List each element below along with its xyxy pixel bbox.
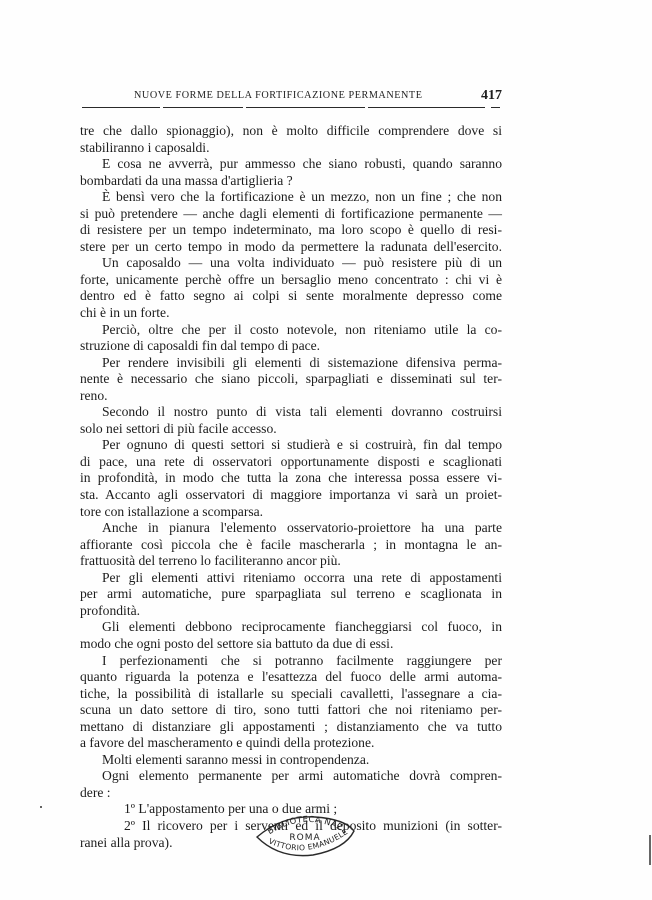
scan-edge-mark <box>649 835 651 865</box>
text-line: tre che dallo spionaggio), non è molto d… <box>80 123 502 140</box>
text-line: reno. <box>80 388 502 405</box>
text-line: tore con istallazione a scomparsa. <box>80 504 502 521</box>
text-line: stere per un certo tempo in modo da perm… <box>80 239 502 256</box>
text-line: forte, unicamente perchè offre un bersag… <box>80 272 502 289</box>
text-line: Anche in pianura l'elemento osservatorio… <box>80 520 502 537</box>
text-line: per armi automatiche, pure sparpagliata … <box>80 586 502 603</box>
text-line: sta. Accanto agli osservatori di maggior… <box>80 487 502 504</box>
text-line: chi è in un forte. <box>80 305 502 322</box>
text-line: Per rendere invisibili gli elementi di s… <box>80 355 502 372</box>
library-stamp: BIBLIOTECA NAZ. ROMA VITTORIO EMANUELE <box>253 813 357 859</box>
text-line: in profondità, in modo che tutta la zona… <box>80 470 502 487</box>
text-line: a favore del mascheramento e quindi dell… <box>80 735 502 752</box>
text-line: Perciò, oltre che per il costo notevole,… <box>80 322 502 339</box>
text-line: Per ognuno di questi settori si studierà… <box>80 437 502 454</box>
text-line: Per gli elementi attivi riteniamo occorr… <box>80 570 502 587</box>
text-line: si può pretendere — anche dagli elementi… <box>80 206 502 223</box>
text-line: struzione di caposaldi fin dal tempo di … <box>80 338 502 355</box>
text-line: dere : <box>80 785 502 802</box>
text-line: di resistere per un tempo indeterminato,… <box>80 222 502 239</box>
page-number: 417 <box>481 88 502 104</box>
text-line: stabiliranno i caposaldi. <box>80 140 502 157</box>
scan-speck <box>40 806 42 808</box>
running-header: NUOVE FORME DELLA FORTIFICAZIONE PERMANE… <box>80 88 502 106</box>
header-rule-gap <box>160 105 163 109</box>
text-line: dentro ed è fatto segno ai colpi si sent… <box>80 288 502 305</box>
text-line: Molti elementi saranno messi in contrope… <box>80 752 502 769</box>
text-line: solo nei settori di più facile accesso. <box>80 421 502 438</box>
text-line: Gli elementi debbono reciprocamente fian… <box>80 619 502 636</box>
header-rule-gap <box>243 105 246 109</box>
text-line: tiche, la possibilità di istallarle su s… <box>80 686 502 703</box>
text-line: Secondo il nostro punto di vista tali el… <box>80 404 502 421</box>
text-line: nente è necessario che siano piccoli, sp… <box>80 371 502 388</box>
text-line: bombardati da una massa d'artiglieria ? <box>80 173 502 190</box>
header-rule-gap <box>485 105 491 109</box>
text-line: mettano di distanziare gli appostamenti … <box>80 719 502 736</box>
text-line: quanto riguarda la potenza e l'esattezza… <box>80 669 502 686</box>
text-line: È bensì vero che la fortificazione è un … <box>80 189 502 206</box>
text-line: modo che ogni posto del settore sia batt… <box>80 636 502 653</box>
body-text: tre che dallo spionaggio), non è molto d… <box>80 123 502 851</box>
text-line: Ogni elemento permanente per armi automa… <box>80 768 502 785</box>
text-line: E cosa ne avverrà, pur ammesso che siano… <box>80 156 502 173</box>
text-line: frattuosità del terreno lo faciliteranno… <box>80 553 502 570</box>
text-line: I perfezionamenti che si potranno facilm… <box>80 653 502 670</box>
text-line: profondità. <box>80 603 502 620</box>
running-title: NUOVE FORME DELLA FORTIFICAZIONE PERMANE… <box>134 90 422 101</box>
text-line: scuna un dato settore di tiro, sono tutt… <box>80 702 502 719</box>
document-page: NUOVE FORME DELLA FORTIFICAZIONE PERMANE… <box>0 0 652 900</box>
text-line: Un caposaldo — una volta individuato — p… <box>80 255 502 272</box>
text-line: affiorante così piccola che è facile mas… <box>80 537 502 554</box>
stamp-oval-icon: BIBLIOTECA NAZ. ROMA VITTORIO EMANUELE <box>253 813 357 859</box>
header-rule <box>82 107 500 108</box>
header-rule-gap <box>365 105 368 109</box>
text-line: di pace, una rete di osservatori opportu… <box>80 454 502 471</box>
